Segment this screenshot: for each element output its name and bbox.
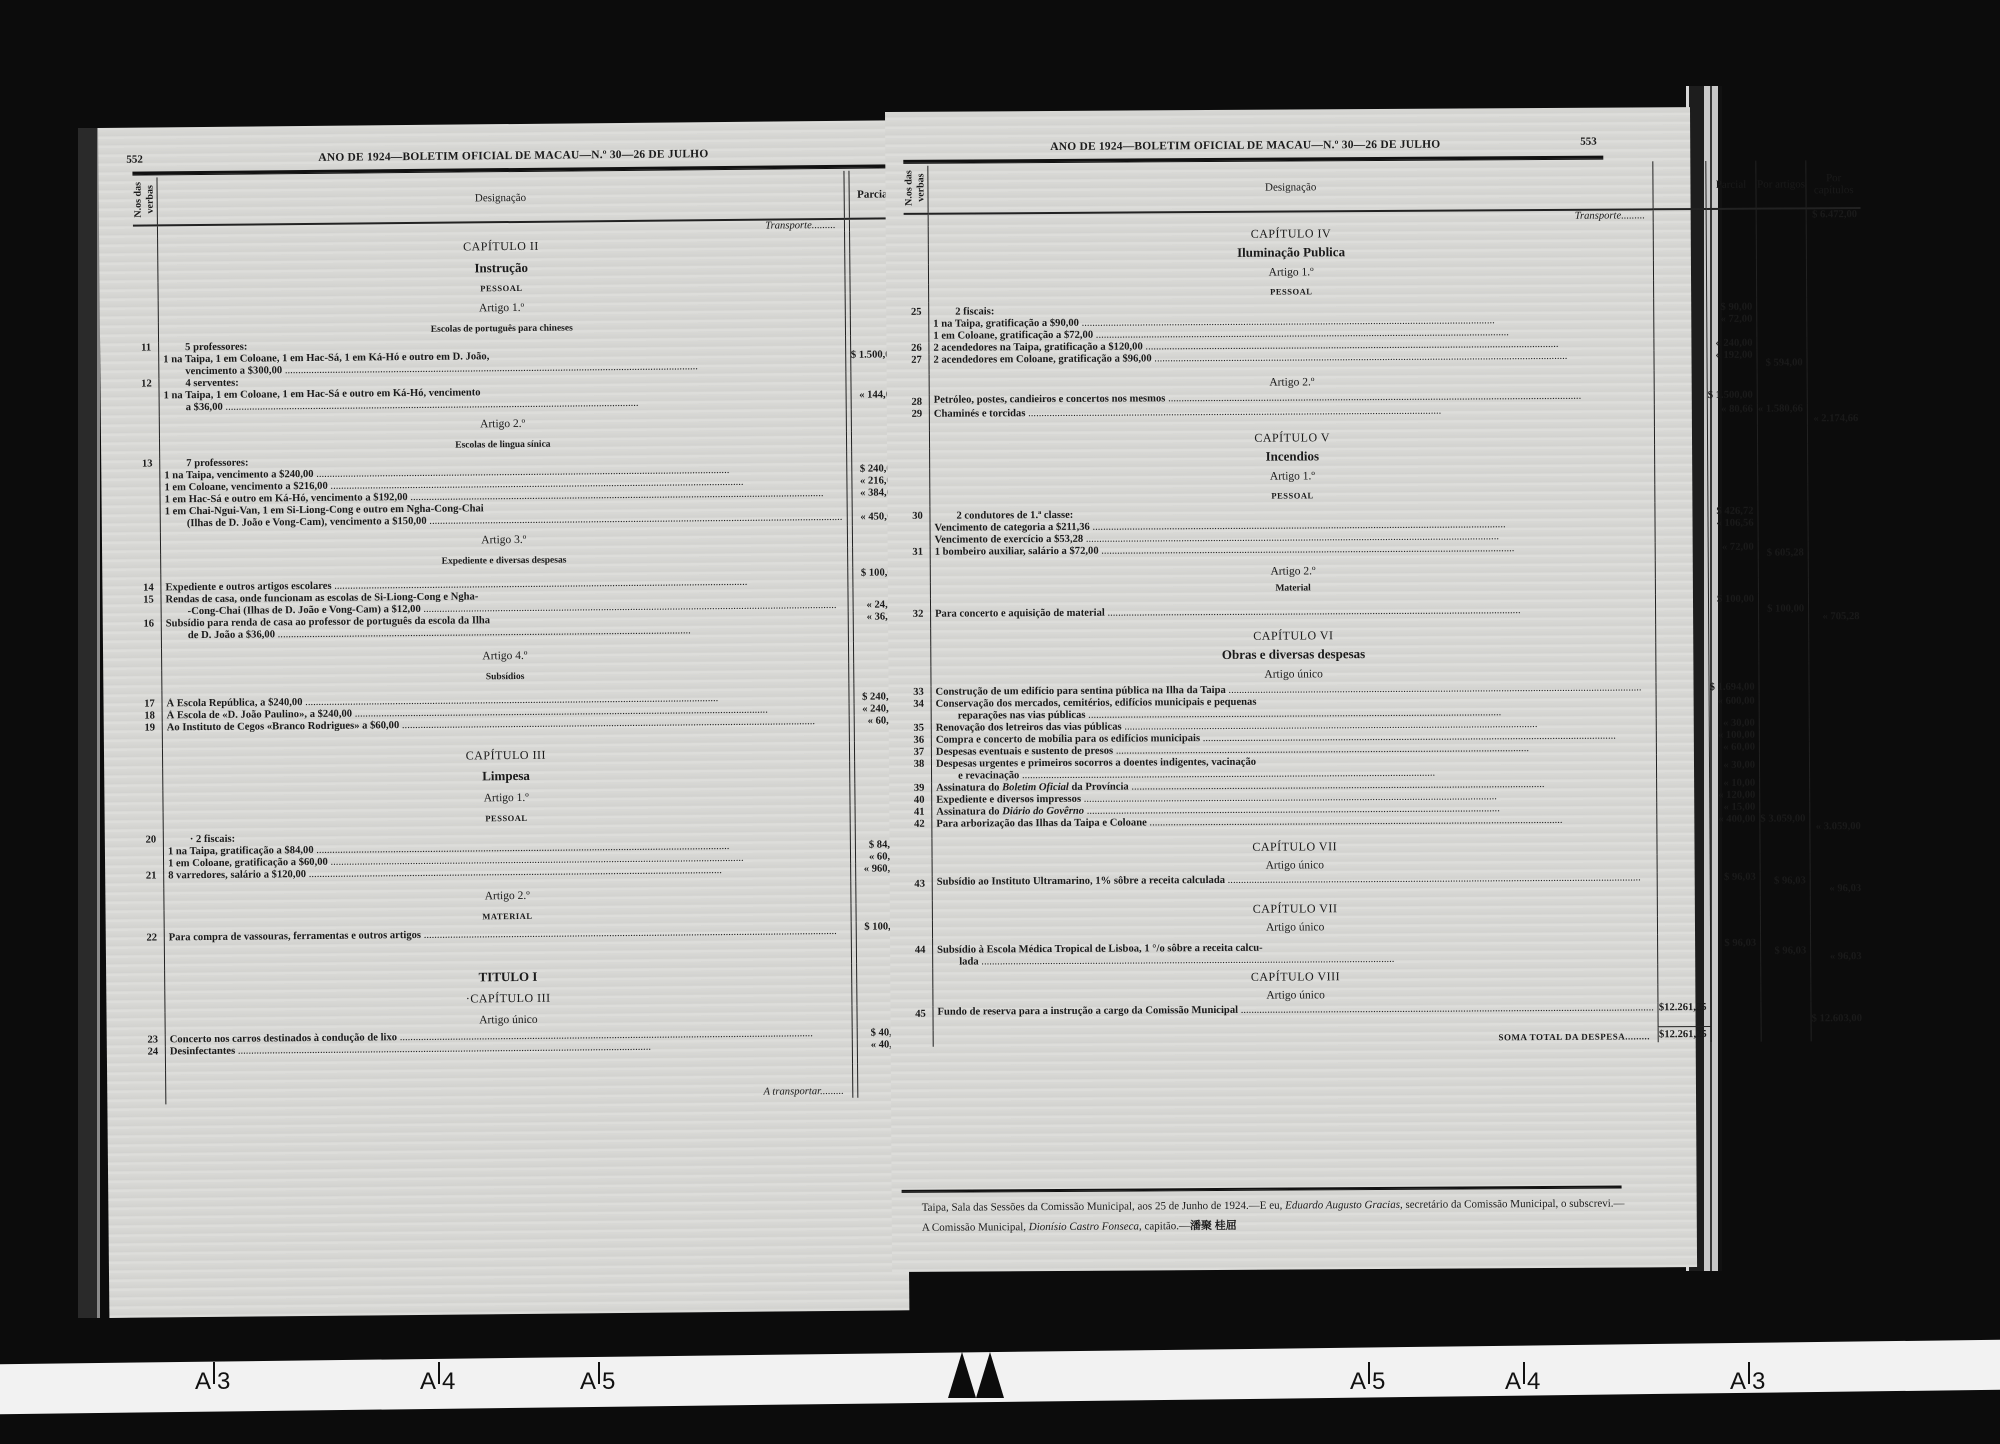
por-capitulos (1807, 297, 1862, 337)
por-artigos (1756, 239, 1806, 259)
parcial (1708, 444, 1758, 464)
verba-number: 14 (136, 574, 161, 594)
parcial: « 240,00 (1707, 338, 1757, 350)
verba-number (908, 969, 933, 989)
film-frame-marker: A5 (580, 1368, 615, 1396)
parcial (1709, 662, 1759, 682)
amount: $ 426,72 (1708, 506, 1753, 518)
verba-number: 42 (907, 819, 931, 831)
closing-rule (902, 1186, 1622, 1193)
verba-number (905, 469, 930, 489)
amount: « 1.580,66 (1758, 403, 1803, 415)
blank-col (1658, 934, 1711, 964)
verba-number: 30 (905, 507, 929, 523)
verba-number: 34 (907, 699, 932, 723)
por-artigos (1758, 463, 1808, 483)
parcial: $ 96,03 (1711, 934, 1761, 964)
film-frame-marker: A3 (195, 1368, 230, 1396)
verba-number: 11 (134, 342, 159, 378)
blank-col (1654, 240, 1707, 260)
parcial (1706, 209, 1756, 222)
verba-number (135, 416, 160, 438)
col-por-artigos-header: Por artigos (1756, 160, 1806, 208)
verba-number (140, 970, 165, 990)
por-artigos (1758, 559, 1808, 577)
verba-number: 35 (907, 723, 932, 735)
table-header-row: N.os das verbas Designação Parcial Por a… (903, 160, 1861, 214)
col-parcial-header: Parcial (1706, 161, 1756, 209)
amount: $12.261,25 (1659, 1002, 1707, 1014)
blank-col (1658, 872, 1711, 896)
amount: « 400,00 (1710, 814, 1755, 826)
running-head: ANO DE 1924—BOLETIM OFICIAL DE MACAU—N.º… (1050, 139, 1440, 153)
por-capitulos (1808, 559, 1863, 577)
blank-col (1657, 754, 1710, 778)
verba-number (133, 238, 158, 260)
film-frame-marker: A4 (1505, 1368, 1540, 1396)
por-artigos: $ 594,00 (1757, 349, 1807, 369)
verba-number: 25 (904, 303, 928, 319)
verba-number: 41 (907, 807, 931, 819)
por-artigos (1759, 681, 1809, 693)
verba-number: 13 (135, 458, 160, 532)
verba-number: 31 (906, 547, 930, 559)
verba-number (136, 554, 161, 574)
verba-number (904, 285, 929, 303)
table-row: 252 fiscais:1 na Taipa, gratificação a $… (904, 297, 1862, 343)
verba-number: 45 (908, 1007, 932, 1021)
parcial (1706, 222, 1756, 240)
por-artigos (1760, 895, 1810, 915)
verba-number (133, 260, 158, 282)
verba-number: 33 (907, 687, 931, 699)
por-capitulos (1809, 623, 1864, 641)
verba-number (905, 489, 930, 507)
blank-col (1656, 594, 1709, 624)
verba-number: 27 (904, 355, 929, 375)
col-designation-header: Designação (928, 161, 1654, 213)
amount: « 15,00 (1710, 802, 1755, 814)
por-capitulos (1808, 501, 1863, 541)
por-artigos (1757, 369, 1807, 389)
verba-number: 14 (136, 574, 160, 594)
parcial: « 30,00 (1709, 718, 1759, 730)
verba-number: 28 (905, 395, 930, 409)
por-capitulos (1808, 577, 1863, 593)
por-capitulos (1810, 777, 1865, 789)
por-capitulos (1809, 681, 1864, 693)
amount: « 705,28 (1809, 593, 1860, 623)
verba-number (906, 583, 931, 599)
por-capitulos (1811, 963, 1866, 983)
blank-col (1654, 338, 1707, 350)
blank-col (1655, 502, 1708, 542)
por-artigos (1760, 753, 1810, 777)
blank-col (1655, 390, 1708, 404)
por-capitulos (1806, 239, 1861, 259)
blank-col (1655, 426, 1708, 444)
designation: Para compra de vassouras, ferramentas e … (164, 922, 851, 971)
verba-number (904, 227, 929, 245)
verba-number (908, 921, 933, 939)
parcial: « 600,00 (1709, 694, 1759, 718)
blank-col (1654, 350, 1707, 370)
table-row: A transportar.........$ 6.472,00 (141, 1062, 1007, 1104)
por-artigos (1761, 915, 1811, 933)
blank-col (1656, 560, 1709, 578)
verba-number: 12 (134, 378, 158, 390)
verba-number: 16 (137, 618, 162, 648)
por-capitulos (1810, 801, 1865, 813)
por-capitulos (1810, 895, 1865, 915)
chinese-signature: 潘聚 桂屈 (1190, 1220, 1237, 1232)
verba-number: 17 (137, 690, 161, 710)
verba-number: 20 (139, 830, 164, 870)
film-frame-marker: A5 (1350, 1368, 1385, 1396)
parcial (1710, 916, 1760, 934)
verba-number: 38 (907, 759, 931, 771)
verba-number (140, 910, 165, 928)
parcial (1707, 280, 1757, 298)
por-capitulos (1807, 349, 1862, 369)
verba-number: 28 (905, 395, 929, 409)
amount: « 100,00 (1710, 730, 1755, 742)
por-artigos (1760, 777, 1810, 789)
blank-col (1657, 718, 1710, 730)
parcial: « 15,00 (1710, 802, 1760, 814)
por-capitulos: « 2.174,66 (1807, 403, 1862, 425)
verba-number (139, 812, 164, 830)
verba-number: 32 (906, 599, 931, 629)
por-artigos (1759, 641, 1809, 661)
parcial (1710, 854, 1760, 872)
por-capitulos (1808, 463, 1863, 483)
verba-number (141, 1070, 166, 1104)
designation: Subsídio à Escola Médica Tropical de Lis… (933, 934, 1659, 968)
parcial (1706, 240, 1756, 260)
blank-col (1657, 802, 1710, 814)
verba-number (908, 901, 933, 921)
por-artigos (1759, 741, 1809, 753)
blank-col (1654, 260, 1707, 280)
verba-number (908, 989, 933, 1007)
por-artigos (1759, 623, 1809, 641)
por-artigos (1757, 337, 1807, 349)
verba-number (140, 1012, 165, 1034)
verba-number: 15 (136, 594, 161, 618)
blank-col: $12.261,25 (1658, 1002, 1711, 1026)
blank-col: $12.261,25 (1658, 1026, 1711, 1042)
amount: $ 96,03 (1761, 871, 1806, 887)
amount: $ 90,00 (1707, 302, 1752, 314)
blank-col (1657, 742, 1710, 754)
amount: $ 605,28 (1759, 541, 1804, 559)
por-capitulos: $ 6.472,00 (1806, 208, 1861, 221)
parcial: $ 96,03 (1710, 872, 1760, 896)
parcial (1711, 964, 1761, 984)
parcial (1709, 624, 1759, 642)
verba-number: 34 (907, 699, 931, 711)
verba-number (906, 629, 931, 647)
por-capitulos (1809, 693, 1864, 717)
verba-number: 23 (141, 1034, 166, 1046)
col-designation-header: Designação (157, 171, 844, 226)
por-artigos: « 1.580,66 (1757, 403, 1807, 425)
por-capitulos (1810, 789, 1865, 801)
parcial: $ 90,00« 72,00 (1707, 298, 1757, 338)
parcial: « 80,66 (1707, 404, 1757, 426)
amount: $ 96,03 (1711, 934, 1756, 950)
verba-number: 33 (907, 687, 932, 699)
parcial (1708, 578, 1758, 594)
por-capitulos (1809, 717, 1864, 729)
verba-number: 40 (907, 795, 932, 807)
parcial (1711, 984, 1761, 1002)
parcial (1707, 426, 1757, 444)
por-capitulos (1809, 741, 1864, 753)
por-capitulos (1808, 425, 1863, 443)
por-artigos: $ 100,00 (1759, 593, 1809, 623)
por-artigos: $ 605,28 (1758, 541, 1808, 559)
blank-col (1658, 984, 1711, 1002)
verba-number (906, 667, 931, 687)
por-capitulos (1810, 853, 1865, 871)
parcial (1707, 370, 1757, 390)
parcial: $ 100,00 (1709, 594, 1759, 624)
verba-number: 24 (141, 1046, 166, 1070)
amount: « 3.059,00 (1810, 813, 1860, 833)
verba-number (904, 245, 929, 265)
page-number: 552 (126, 154, 143, 166)
verba-number: 30 (905, 507, 930, 547)
por-capitulos (1811, 915, 1866, 933)
running-head: ANO DE 1924—BOLETIM OFICIAL DE MACAU—N.º… (318, 148, 708, 164)
verba-number: 20 (139, 830, 163, 846)
verba-number: 22 (140, 928, 164, 944)
designation: 7 professores:1 na Taipa, vencimento a $… (160, 452, 847, 533)
verba-number: 37 (907, 747, 931, 759)
verba-number (139, 888, 164, 910)
por-capitulos: « 96,03 (1811, 933, 1866, 963)
left-page: 552 ANO DE 1924—BOLETIM OFICIAL DE MACAU… (98, 120, 909, 1318)
blank-col (1656, 542, 1709, 560)
por-capitulos (1808, 541, 1863, 559)
blank-col (1658, 916, 1711, 934)
por-capitulos (1811, 983, 1866, 1001)
verba-number: 32 (906, 599, 930, 621)
film-frame-marker: A4 (420, 1368, 455, 1396)
a-transportar-label: A transportar......... (170, 1064, 848, 1105)
page-number: 553 (1580, 136, 1597, 148)
amount: « 192,00 (1708, 350, 1753, 362)
budget-table: N.os das verbas Designação Parcial Por a… (132, 169, 1007, 1104)
verba-number (904, 265, 929, 285)
verba-number: 21 (139, 870, 164, 888)
blank-col (1653, 209, 1706, 222)
verba-number (134, 300, 159, 322)
blank-col (1657, 814, 1710, 834)
por-capitulos (1807, 259, 1862, 279)
parcial (1710, 896, 1760, 916)
parcial: « 72,00 (1708, 542, 1758, 560)
soma-total-label: SOMA TOTAL DA DESPESA......... (938, 1026, 1654, 1046)
parcial (1708, 464, 1758, 484)
blank-col (1656, 624, 1709, 642)
parcial: $ 1.500,00 (1707, 390, 1757, 404)
verba-number: 21 (139, 870, 163, 882)
verba-number: 18 (138, 710, 163, 722)
right-page: ANO DE 1924—BOLETIM OFICIAL DE MACAU—N.º… (885, 107, 1697, 1272)
verba-number: 44 (908, 939, 933, 969)
film-notch-right (976, 1352, 1004, 1398)
budget-table: N.os das verbas Designação Parcial Por a… (903, 160, 1866, 1047)
parcial: « 120,00 (1710, 790, 1760, 802)
amount: $ 96,03 (1711, 872, 1756, 884)
verba-number (135, 438, 160, 458)
verba-number (138, 768, 163, 790)
por-artigos: $ 96,03 (1761, 933, 1811, 963)
blank-col (1658, 964, 1711, 984)
blank-col (1657, 834, 1710, 854)
por-capitulos (1808, 443, 1863, 463)
blank-col (1656, 578, 1709, 594)
amount: « 10,00 (1710, 778, 1755, 790)
por-capitulos: « 3.059,00 (1810, 813, 1865, 833)
col-num-header: N.os das verbas (132, 177, 157, 225)
verba-number: 19 (138, 722, 162, 734)
designation: Para concerto e aquisição de material (930, 594, 1656, 628)
verba-number: 43 (908, 877, 932, 891)
amount: $ 3.059,00 (1760, 813, 1805, 825)
verba-number (905, 449, 930, 469)
verba-number: 43 (908, 877, 933, 901)
parcial (1708, 560, 1758, 578)
blank-col (1655, 464, 1708, 484)
parcial (1706, 260, 1756, 280)
verba-number: 37 (907, 747, 932, 759)
verba-number (138, 790, 163, 812)
verba-number (909, 1031, 934, 1047)
verba-number: 39 (907, 783, 931, 795)
verba-number: 41 (907, 807, 932, 819)
blank-col (1656, 682, 1709, 694)
verba-number (908, 859, 933, 877)
por-artigos (1759, 717, 1809, 729)
por-artigos (1760, 789, 1810, 801)
amount: « 30,00 (1710, 754, 1755, 772)
line-text: Para concerto e aquisição de material (935, 604, 1651, 620)
amount: « 240,00 (1707, 338, 1752, 350)
blank-col (1655, 444, 1708, 464)
blank-col (1657, 790, 1710, 802)
verba-number: 19 (138, 722, 163, 748)
verba-number (138, 748, 163, 768)
por-artigos (1758, 577, 1808, 593)
film-notch-left (948, 1352, 976, 1398)
verba-number (134, 322, 159, 342)
amount: « 72,00 (1709, 542, 1754, 554)
verba-number: 36 (907, 735, 931, 747)
verba-number (907, 839, 932, 859)
closing-statement: Taipa, Sala das Sessões da Comissão Muni… (922, 1193, 1627, 1237)
parcial (1711, 1026, 1761, 1042)
por-capitulos: $ 12.603,00 (1811, 1001, 1866, 1025)
por-artigos (1760, 833, 1810, 853)
parcial: « 60,00 (1709, 742, 1759, 754)
verba-number: 17 (137, 690, 162, 710)
table-header-row: N.os das verbas Designação Parcial Por a… (132, 169, 998, 225)
por-capitulos: « 96,03 (1810, 871, 1865, 895)
verba-number: 22 (140, 928, 165, 970)
verba-number (133, 225, 158, 238)
verba-number (906, 565, 931, 583)
verba-number: 44 (908, 939, 932, 957)
por-artigos (1757, 389, 1807, 403)
parcial (1708, 484, 1758, 502)
verba-number: 26 (904, 343, 929, 355)
blank-col (1657, 854, 1710, 872)
designation: A transportar......... (166, 1064, 853, 1105)
verba-number: 11 (134, 342, 158, 354)
captain-name: Dionísio Castro Fonseca (1029, 1220, 1139, 1233)
col-num-header: N.os das verbas (903, 166, 928, 214)
por-artigos: $ 96,03 (1760, 871, 1810, 895)
designation: 2 condutores de 1.ª classe:Vencimento de… (930, 502, 1656, 546)
por-artigos (1761, 1001, 1811, 1025)
verba-number: 29 (905, 409, 930, 431)
por-artigos (1761, 983, 1811, 1001)
parcial: « 10,00 (1710, 778, 1760, 790)
blank-col (1657, 778, 1710, 790)
parcial: « 100,00 (1709, 730, 1759, 742)
blank-col (1655, 404, 1708, 426)
parcial: $ 1.694,00 (1709, 682, 1759, 694)
por-artigos (1756, 208, 1806, 221)
parcial: $ 426,72« 106,56 (1708, 502, 1758, 542)
por-capitulos (1811, 1025, 1866, 1041)
amount: $ 1.500,00 (1708, 390, 1753, 402)
por-capitulos (1810, 753, 1865, 777)
blank-col (1658, 896, 1711, 916)
por-capitulos (1809, 661, 1864, 681)
por-artigos (1761, 963, 1811, 983)
secretary-name: Eduardo Augusto Gracias (1285, 1199, 1400, 1212)
verba-number: 23 (141, 1034, 165, 1046)
por-artigos (1756, 259, 1806, 279)
verba-number (905, 375, 930, 395)
por-artigos: $ 3.059,00 (1760, 813, 1810, 833)
por-capitulos (1809, 641, 1864, 661)
soma-total-value: $12.261,25 (1659, 1026, 1707, 1040)
amount: « 120,00 (1710, 790, 1755, 802)
left-binding-shadow (78, 128, 100, 1318)
blank-col (1654, 298, 1707, 338)
por-artigos (1761, 1025, 1811, 1041)
por-capitulos (1808, 483, 1863, 501)
verba-number: 36 (907, 735, 932, 747)
amount: $ 100,00 (1759, 593, 1804, 615)
verba-number (137, 648, 162, 670)
designation: SOMA TOTAL DA DESPESA......... (933, 1026, 1658, 1046)
verba-number: 26 (904, 343, 928, 355)
verba-number (904, 214, 929, 227)
por-artigos (1759, 729, 1809, 741)
verba-number: 12 (134, 378, 159, 416)
amount: « 2.174,66 (1808, 403, 1858, 425)
parcial: « 30,00 (1709, 754, 1759, 778)
verba-number: 15 (136, 594, 160, 606)
blank-col (1654, 280, 1707, 298)
